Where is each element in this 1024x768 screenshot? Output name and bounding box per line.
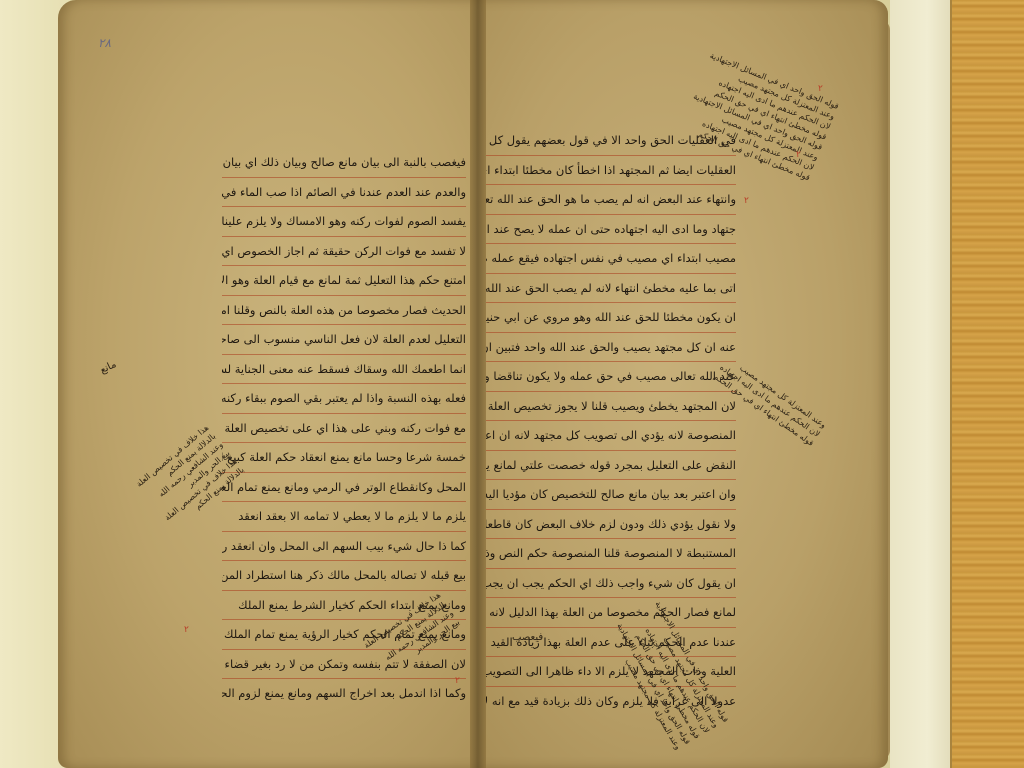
text-line: التعليل لعدم العلة لان فعل الناسي منسوب … [222, 324, 466, 354]
text-line: وكما اذا اندمل بعد اخراج السهم ومانع يمن… [222, 678, 466, 708]
text-line: بيع قبله لا تصاله بالمحل مالك ذكر هنا اس… [222, 560, 466, 590]
text-line: فيغصب بالنبة الى بيان مانع صالح وبيان ذل… [222, 148, 466, 177]
text-line: امتنع حكم هذا التعليل ثمة لمانع مع قيام … [222, 265, 466, 295]
text-line: في العقليات الحق واحد الا في قول بعضهم ي… [486, 126, 736, 155]
text-line: الحديث فصار مخصوصا من هذه العلة بالنص وق… [222, 295, 466, 325]
text-line: عنه ان كل مجتهد يصيب والحق عند الله واحد… [486, 332, 736, 362]
text-line: النقض على التعليل بمجرد قوله خصصت علتي ل… [486, 450, 736, 480]
text-line: خمسة شرعا وحسا مانع يمنع انعقاد حكم العل… [222, 442, 466, 472]
rubric-mark: ۲ [744, 196, 749, 206]
text-line: والعدم عند العدم عندنا في الصائم اذا صب … [222, 177, 466, 207]
text-line: فعله بهذه النسبة واذا لم يعتبر بقي الصوم… [222, 383, 466, 413]
text-line: ولا نقول يؤدي ذلك ودون لزم خلاف البعض كا… [486, 509, 736, 539]
text-line: لان المجتهد يخطئ ويصيب قلنا لا يجوز تخصي… [486, 391, 736, 421]
text-line: جتهاد وما ادى اليه اجتهاده حتى ان عمله ل… [486, 214, 736, 244]
text-line: يفسد الصوم لفوات ركنه وهو الامساك ولا يل… [222, 206, 466, 236]
backing-board [890, 0, 952, 768]
rubric-mark: ۲ [818, 84, 823, 94]
text-line: يلزم ما لا يلزم ما لا يعطي لا تمامه الا … [222, 501, 466, 531]
text-line: انما اطعمك الله وسقاك فسقط عنه معنى الجن… [222, 354, 466, 384]
book-gutter [470, 0, 486, 768]
text-line: العقليات ايضا ثم المجتهد اذا اخطأ كان مخ… [486, 155, 736, 185]
rubric-mark: ۲ [184, 625, 189, 635]
text-line: وانتهاء عند البعض انه لم يصب ما هو الحق … [486, 184, 736, 214]
text-line: كما ذا حال شيء بيب السهم الى المحل وان ا… [222, 531, 466, 561]
text-line: اتى بما عليه مخطئ انتهاء لانه لم يصب الح… [486, 273, 736, 303]
wooden-table [952, 0, 1024, 768]
rubric-mark: ۲ [455, 676, 460, 686]
rubric-mark: ۲ [796, 150, 801, 160]
folio-number: ٢٨ [98, 36, 111, 50]
text-line: وان اعتبر بعد بيان مانع صالح للتخصيص كان… [486, 479, 736, 509]
text-line: عند الله تعالى مصيب في حق عمله ولا يكون … [486, 361, 736, 391]
text-line: مصيب ابتداء اي مصيب في نفس اجتهاده فيقع … [486, 243, 736, 273]
text-line: المنصوصة لانه يؤدي الى تصويب كل مجتهد لا… [486, 420, 736, 450]
right-margin-word: فيعصب [512, 632, 543, 643]
text-line: مع فوات ركنه وبني على هذا اي على تخصيص ا… [222, 413, 466, 443]
text-line: ان يكون مخطئا للحق عند الله وهو مروي عن … [486, 302, 736, 332]
text-line: لا تفسد مع فوات الركن حقيقة ثم اجاز الخص… [222, 236, 466, 266]
text-line: المستنبطة لا المنصوصة قلنا المنصوصة حكم … [486, 538, 736, 568]
text-line: المحل وكانقطاع الوتر في الرمي ومانع يمنع… [222, 472, 466, 502]
